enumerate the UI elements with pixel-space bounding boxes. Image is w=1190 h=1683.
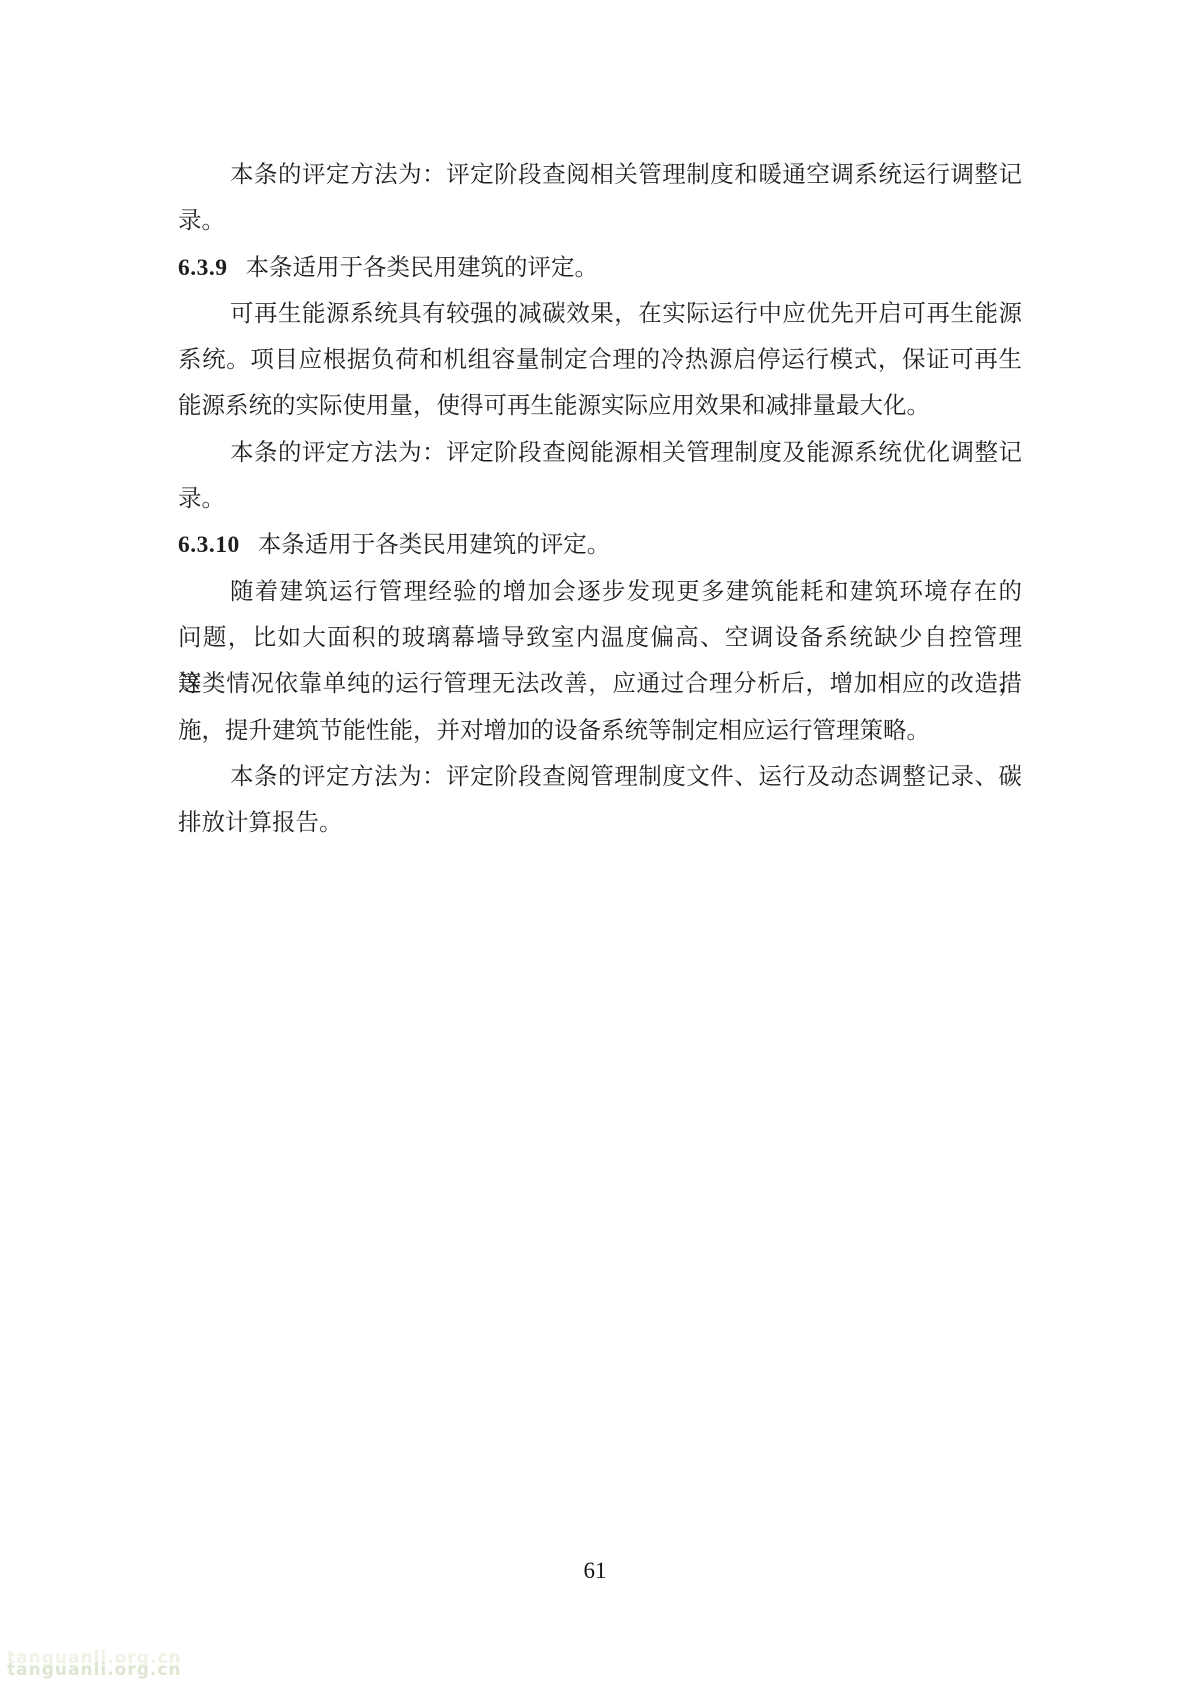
section-number: 6.3.10 bbox=[178, 532, 240, 558]
section-heading-text: 本条适用于各类民用建筑的评定。 bbox=[246, 255, 599, 281]
section-heading-text: 本条适用于各类民用建筑的评定。 bbox=[258, 532, 611, 558]
paragraph-line: 系统。项目应根据负荷和机组容量制定合理的冷热源启停运行模式，保证可再生 bbox=[178, 337, 1022, 383]
paragraph-line: 本条的评定方法为：评定阶段查阅管理制度文件、运行及动态调整记录、碳 bbox=[178, 754, 1022, 800]
page-number: 61 bbox=[0, 1558, 1190, 1584]
document-body: 本条的评定方法为：评定阶段查阅相关管理制度和暖通空调系统运行调整记 录。 6.3… bbox=[178, 152, 1022, 846]
paragraph-line: 排放计算报告。 bbox=[178, 800, 1022, 846]
paragraph-line: 随着建筑运行管理经验的增加会逐步发现更多建筑能耗和建筑环境存在的 bbox=[178, 569, 1022, 615]
paragraph-line: 本条的评定方法为：评定阶段查阅相关管理制度和暖通空调系统运行调整记 bbox=[178, 152, 1022, 198]
paragraph-line: 这类情况依靠单纯的运行管理无法改善，应通过合理分析后，增加相应的改造措 bbox=[178, 661, 1022, 707]
section-number: 6.3.9 bbox=[178, 255, 228, 281]
paragraph-line: 本条的评定方法为：评定阶段查阅能源相关管理制度及能源系统优化调整记 bbox=[178, 430, 1022, 476]
section-heading-6-3-10: 6.3.10本条适用于各类民用建筑的评定。 bbox=[178, 522, 1022, 568]
paragraph-line: 施，提升建筑节能性能，并对增加的设备系统等制定相应运行管理策略。 bbox=[178, 708, 1022, 754]
paragraph-line: 问题，比如大面积的玻璃幕墙导致室内温度偏高、空调设备系统缺少自控管理等， bbox=[178, 615, 1022, 661]
section-heading-6-3-9: 6.3.9本条适用于各类民用建筑的评定。 bbox=[178, 245, 1022, 291]
paragraph-line: 录。 bbox=[178, 476, 1022, 522]
watermark-text: tanguanli.org.cn bbox=[7, 1660, 182, 1680]
paragraph-line: 录。 bbox=[178, 198, 1022, 244]
paragraph-line: 能源系统的实际使用量，使得可再生能源实际应用效果和减排量最大化。 bbox=[178, 383, 1022, 429]
paragraph-line: 可再生能源系统具有较强的减碳效果，在实际运行中应优先开启可再生能源 bbox=[178, 291, 1022, 337]
document-page: 本条的评定方法为：评定阶段查阅相关管理制度和暖通空调系统运行调整记 录。 6.3… bbox=[0, 0, 1190, 1683]
